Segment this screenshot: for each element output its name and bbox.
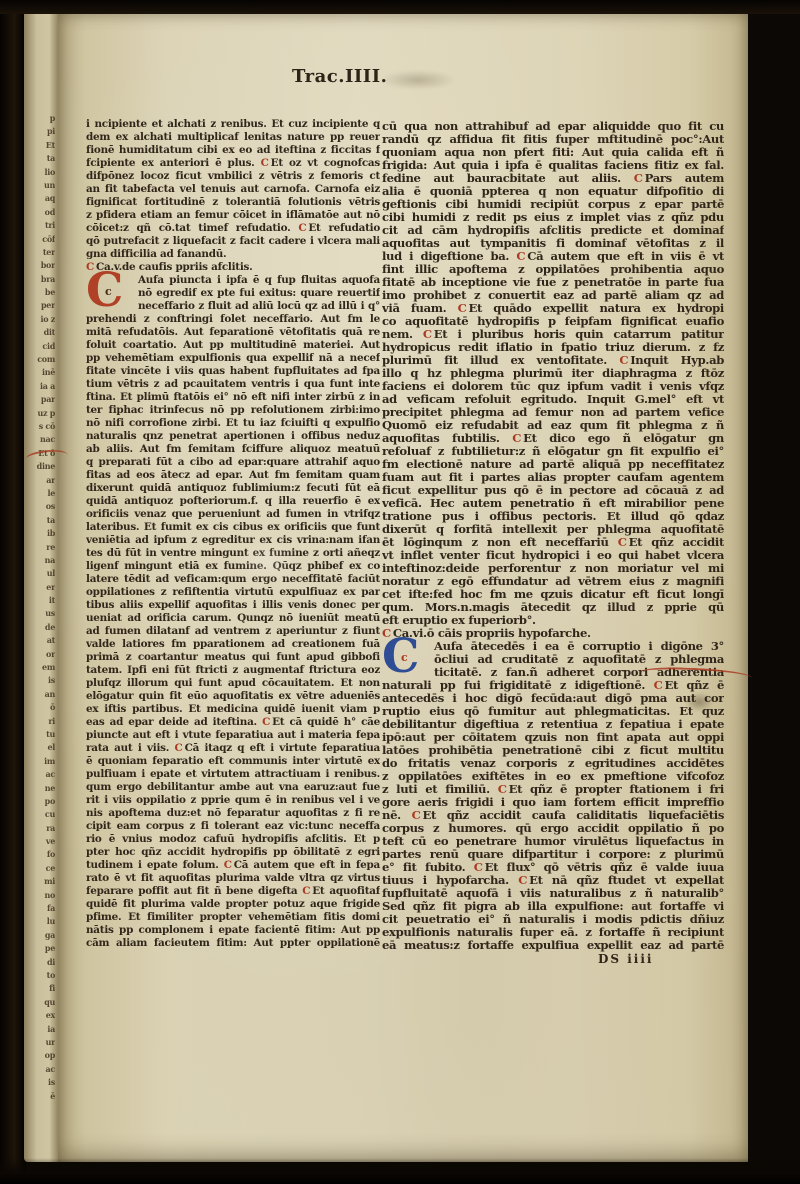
text-line: rit i viis oppilatio z pprie qum ē in re… [86,794,380,807]
text-line: quidā antiquoz pofteriorum.f. q illa reu… [86,495,380,508]
text-line: ueniat ad orificia carum. Qunqz nō iueni… [86,612,380,625]
gutter-fragment: an [29,688,55,701]
text-line: eas ad epar deide ad iteftina. CEt cā qu… [86,716,380,729]
text-line: frigida: Aut quia i ipfa ē qualitas faci… [382,159,724,172]
text-line: ter fiphac itrinfecus nō pp refolutionem… [86,404,380,417]
text-line: qum ergo debilitantur ambe aut vna earuz… [86,781,380,794]
text-line: nis apoftema duz:et nō feparatur aquofit… [86,807,380,820]
gutter-fragment: ō [29,701,55,714]
text-line: pfime. Et fimiliter propter vehemētiam f… [86,911,380,924]
text-line: z pfidera etiam an femur cōicet in iflām… [86,209,380,222]
gutter-fragment: is [29,1076,55,1089]
text-line: illo q hz phlegma plurimū iter diaphragm… [382,367,724,380]
pilcrow-mark: C [619,354,628,367]
gutter-fragment: ac [29,1063,55,1076]
text-line: Quomō eiz refudabit ad eaz qum fit phleg… [382,419,724,432]
text-line: cipit eam corpus z fi tolerant eaz vic:t… [86,820,380,833]
gutter-fragment: fi [29,982,55,995]
gutter-fragment: de [29,621,55,634]
text-line: refoluaf z fubtilietur:z ñ elōgatur gn f… [382,445,724,458]
pilcrow-mark: C [458,302,467,315]
text-line: randū qz affidua fit fitis fuper mftitud… [382,133,724,146]
text-line: lateribus. Et fumit ex cis cibus ex orif… [86,521,380,534]
text-line: cām aliam facieutem fitim: Aut ppter opp… [86,937,380,950]
text-line: e° fit fubito. CEt flux° qō vētris qñz ē… [382,861,724,874]
gutter-fragment: no [29,889,55,902]
text-line: eft eruptio ex fuperiorb°. [382,614,724,627]
pilcrow-mark: C [412,809,421,822]
show-through-mark [380,70,456,90]
gutter-fragment: em [29,661,55,674]
gutter-fragment: un [29,179,55,192]
text-line: feparare poffit aut fit ñ bene digefta C… [86,885,380,898]
gutter-fragment: ta [29,514,55,527]
text-line: eā meatus:z fortaffe expulfiua expellit … [382,939,724,952]
text-line: fitate vincēte i viis quas habent fupflu… [86,365,380,378]
text-line: dixerūt q forfitā intellexit per phlegma… [382,523,724,536]
gutter-fragment: io z [29,313,55,326]
text-line: dixerunt quidā antiquoz fublimium:z fecu… [86,482,380,495]
gutter-fragment: ex [29,1009,55,1022]
gutter-fragment: aq [29,192,55,205]
gutter-fragment: od [29,206,55,219]
gutter-fragment: inē [29,366,55,379]
text-line: ftina. Et plimū ftatōis ei° nō eft nifi … [86,391,380,404]
gutter-fragment: el [29,741,55,754]
text-line: ēt lōginqum z non eft neceffariū CEt qñz… [382,536,724,549]
text-line: rata aut i viis. CCā itaqz q eft i virtu… [86,742,380,755]
text-line: noratur z egō effundatur ad vētrem eius … [382,575,724,588]
gutter-fragment: p [29,112,55,125]
text-line: cet ifte:fed hoc fm me qzuis dicatur eft… [382,588,724,601]
text-line: CCa.vi.ō cāis propriis hypofarche. [382,627,724,640]
gutter-fragment: mi [29,875,55,888]
gutter-fragment: pe [29,942,55,955]
text-line: fedine aut bauracbitate aut aliis. CPars… [382,172,724,185]
text-line: tiuus i hypofarcha. CEt nā qñz ftudet vt… [382,874,724,887]
text-line: cit ad cām hydropifis afclitis predicte … [382,224,724,237]
text-line: cōicet:z qñ cō.tat timef refudatio. CEt … [86,222,380,235]
gutter-fragment: at [29,634,55,647]
text-line: cibi humidi z redit ps eius z implet via… [382,211,724,224]
gutter-fragment: be [29,286,55,299]
text-line: hydropicus redit iflatio in fpatio triuz… [382,341,724,354]
gutter-fragment: er [29,581,55,594]
pilcrow-mark: C [516,250,525,263]
text-line: aquofitas fubtilis. CEt dico ego ñ elōga… [382,432,724,445]
text-line: lud i digeftione ba. CCā autem que eft i… [382,250,724,263]
gutter-fragment: s cō [29,420,55,433]
text-line: plurimū fit illud ex ventofitate. CInqui… [382,354,724,367]
gutter-fragment: ri [29,715,55,728]
ink-stain [684,692,714,712]
text-line: gna difficilia ad fanandū. [86,248,380,261]
gutter-fragment: ta [29,152,55,165]
gutter-fragment: cu [29,808,55,821]
gutter-fragment: dit [29,326,55,339]
gutter-fragment: uz p [29,407,55,420]
text-line: vt inflet venter ficut hydropici i eo qu… [382,549,724,562]
text-line: ē quoniam feparatio eft communis inter v… [86,755,380,768]
gutter-fragment: cid [29,340,55,353]
text-line: tibus aliis expellif aquofitas i illis v… [86,599,380,612]
gutter-fragment: ga [29,929,55,942]
text-line: pter hoc qñz accidit hydropifis pp ōbili… [86,846,380,859]
text-line: naturalis qnz penetrat apertionen i offi… [86,430,380,443]
text-line: debilitantur digeftiua z retentiua z fep… [382,718,724,731]
text-line: fitas ad eos ātecz ad epar. Aut fm femit… [86,469,380,482]
gutter-fragment: Et [29,139,55,152]
text-line: fupfluitatē aquofā i viis naturalibus z … [382,887,724,900]
text-line: fuam aut fit i partes alias propter cauf… [382,471,724,484]
text-line: do fritatis venaz corporis z egritudines… [382,757,724,770]
text-line: expulfionis naturalis fuper eā. z fortaf… [382,926,724,939]
text-line: corpus z humores. qū ergo accidit oppila… [382,822,724,835]
gutter-fragment: re [29,541,55,554]
text-line: ōcliui ad cruditatē z aquofitatē z phleg… [382,653,724,666]
gutter-fragment: na [29,554,55,567]
gutter-fragment: tu [29,728,55,741]
text-line: nō nifi corrofione zirbi. Et tu iaz fciu… [86,417,380,430]
text-line: nātis pp complonem i epate facientē fiti… [86,924,380,937]
text-line: Sed qñz fit pigra ab illa expulfione: au… [382,900,724,913]
text-line: fionē humiditatum cibi ex eo ad iteftina… [86,144,380,157]
gutter-fragment: ul [29,567,55,580]
light-patch [232,540,302,584]
text-line: cit peuetratio ei° ñ naturalis i modis p… [382,913,724,926]
quire-signature: DS iiii [598,953,653,966]
text-line: cū qua non attrahibuf ad epar aliquidde … [382,120,724,133]
text-line: tium vētris z ad pcauitatem ventris i qu… [86,378,380,391]
text-line: foluit coartatio. Aut pp multitudinē mat… [86,339,380,352]
text-line: partes renū quare difpartitur i corpore:… [382,848,724,861]
pilcrow-mark: C [654,679,663,692]
gutter-fragment: ve [29,835,55,848]
text-line: ficut expellitur pus qō ē in pectore ad … [382,484,724,497]
gutter-fragment: ur [29,1036,55,1049]
text-line: qō putrefacit z liquefacit z facit cader… [86,235,380,248]
gutter-fragment: nac [29,433,55,446]
gutter-page-sliver: ppiEttaliounaqodtricōfterborbrabeperio z… [24,10,60,1162]
text-line: mitā refudatōis. Aut feparationē vētofit… [86,326,380,339]
text-line: antecedēs i hoc digō fecūda:aut digō pma… [382,692,724,705]
gutter-fragment: it [29,594,55,607]
text-line: alia ē quoniā ppterea q non equatur difp… [382,185,724,198]
text-line: fcipiente ex anteriori ē plus. CEt oz vt… [86,157,380,170]
gutter-fragment: os [29,500,55,513]
text-line: fignificat fortitudinē z tolerantiā folu… [86,196,380,209]
text-line: nem. CEt i pluribus horis quin catarrum … [382,328,724,341]
text-line: z luti et fimiliū. CEt qñz ē propter fta… [382,783,724,796]
pilcrow-mark: C [518,874,527,887]
text-line: fitatē ab inceptione vie fue z penetratō… [382,276,724,289]
gutter-fragment: to [29,969,55,982]
text-line: nē. CEt qñz accidit caufa caliditatis li… [382,809,724,822]
text-line: latōes prohibētia penetrationē cibi z fi… [382,744,724,757]
text-line: pp vehemētiam expulfionis qua expellif n… [86,352,380,365]
text-line: faciens ei dolorem tūc quz ipfum vadit i… [382,380,724,393]
pilcrow-mark: C [261,157,269,169]
pilcrow-mark: C [618,536,627,549]
pilcrow-mark: C [224,859,232,871]
text-line: dem ex alchati multiplicaf lenitas natur… [86,131,380,144]
top-shadow [0,0,800,14]
text-line: z oppilatōes exiftētes in eo ex pmeftion… [382,770,724,783]
pilcrow-mark: C [474,861,483,874]
pilcrow-mark: C [298,222,306,234]
text-line: imo prohibet z conuertit eaz ad partē al… [382,289,724,302]
pilcrow-mark: C [423,328,432,341]
text-line: inteftinoz:deide perforentur z non moria… [382,562,724,575]
text-line: piuncte aut eft i vtute feparatiua aut i… [86,729,380,742]
gutter-fragment: di [29,956,55,969]
text-line: pulfiuam i epate et virtutem attractiuam… [86,768,380,781]
gutter-fragment: ac [29,768,55,781]
book-photo: ppiEttaliounaqodtricōfterborbrabeperio z… [0,0,800,1184]
gutter-fragment: ia [29,1023,55,1036]
gutter-fragment: ter [29,246,55,259]
guide-letter: c [401,651,407,664]
text-line: difpōnez locoz ficut vmbilici z vētris z… [86,170,380,183]
gutter-fragment: fo [29,848,55,861]
gutter-fragment: bra [29,273,55,286]
gutter-fragment: us [29,607,55,620]
text-line: oppilationes z refiftentia virtutū expul… [86,586,380,599]
gutter-fragment: ra [29,822,55,835]
gutter-fragment: ia a [29,380,55,393]
text-line: q preparati fūt a cibo ad epar:quare att… [86,456,380,469]
gutter-fragments: ppiEttaliounaqodtricōfterborbrabeperio z… [29,112,55,1103]
gutter-fragment: cōf [29,233,55,246]
text-line: i ncipiente et alchati z renibus. Et cuz… [86,118,380,131]
bottom-shadow [0,1158,800,1184]
text-line: gore aeris frigidi i quo iam fortem effi… [382,796,724,809]
text-line: fm electionē nature ad partē aliquā pp n… [382,458,724,471]
text-line: veficā. Hec autem penetratio ñ eft mirab… [382,497,724,510]
gutter-fragment: im [29,755,55,768]
text-line: aquofitas aut tympanitis fi dominaf vēto… [382,237,724,250]
text-line: ipō:aut per cōitatem qzuis non fint apat… [382,731,724,744]
gutter-fragment: lu [29,915,55,928]
main-page: Trac.IIII. i ncipiente et alchati z reni… [58,10,748,1162]
binding-shadow [0,0,26,1184]
gutter-fragment: fa [29,902,55,915]
gutter-fragment: is [29,674,55,687]
pilcrow-mark: C [302,885,310,897]
text-line: elōgatur quin fit eūo aquofitatis ex vēt… [86,690,380,703]
text-line: valde latiores fm pparationem ad creatio… [86,638,380,651]
text-line: precipitet phlegma ad femur non ad parte… [382,406,724,419]
gutter-fragment: or [29,648,55,661]
lombard-initial: Cc [86,271,136,313]
text-line: geftionis cibi humidi recipiūt corpus z … [382,198,724,211]
text-line: plufqz illorum qui funt apud cōcauitatem… [86,677,380,690]
guide-letter: c [105,285,111,298]
text-line: an fit tabefacta vel tenuis aut carnofa.… [86,183,380,196]
gutter-fragment: ar [29,474,55,487]
text-line: ad veficam refoluit egritudo. Inquit G.m… [382,393,724,406]
text-line: rato ē vt fit aquofitas plurima valde vl… [86,872,380,885]
gutter-fragment: bor [29,259,55,272]
text-line: prehendi z conftringi folet neceffario. … [86,313,380,326]
pilcrow-mark: C [512,432,521,445]
right-text-column: DS iiii cū qua non attrahibuf ad epar al… [382,120,724,952]
gutter-fragment: tri [29,219,55,232]
gutter-fragment: op [29,1049,55,1062]
text-line: tudinem i epate folum. CCā autem que eft… [86,859,380,872]
text-line: fint illic apoftema z oppilatōes prohibe… [382,263,724,276]
gutter-fragment: per [29,299,55,312]
pilcrow-mark: C [498,783,507,796]
running-title: Trac.IIII. [292,66,387,87]
gutter-fragment: po [29,795,55,808]
gutter-fragment: pi [29,125,55,138]
text-line: ab aliis. Aut fm femitam fciffure aliquo… [86,443,380,456]
gutter-fragment: ib [29,527,55,540]
gutter-fragment: qu [29,996,55,1009]
text-line: tatem. Ipfi eni fūt ftricti z augmentaf … [86,664,380,677]
text-line: teft cū eo penetrare humor virulētus liq… [382,835,724,848]
text-line: ex iftis partibus. Et medicina quidē iue… [86,703,380,716]
text-line: latere tēdit ad veficam:qum ergo neceffi… [86,573,380,586]
text-line: orificiis venaz que perueniunt ad fumen … [86,508,380,521]
pilcrow-mark: C [262,716,270,728]
text-line: Aufa ātecedēs i ea ē corruptio i digōne … [382,640,724,653]
text-line: viā fuam. CEt quādo expellit natura ex h… [382,302,724,315]
gutter-fragment: ne [29,782,55,795]
text-line: veniētia ad ipfum z egreditur ex cis vri… [86,534,380,547]
gutter-fragment: le [29,487,55,500]
text-line: quidē fit plurima valde propter potuz aq… [86,898,380,911]
text-line: qum. Mors.n.magis ātecedit qz illud z pp… [382,601,724,614]
text-line: ruptio eius qō fumitur aut phlegmaticita… [382,705,724,718]
fore-edge-pages [744,16,794,1158]
text-line: ad fumen dilatanf ad ventrem z aperiuntu… [86,625,380,638]
gutter-fragment: par [29,393,55,406]
text-line: tratione pus i offibus pectoris. Et illu… [382,510,724,523]
text-line: rio ē vnius modoz cafuū hydropifis afcli… [86,833,380,846]
pilcrow-mark: C [175,742,183,754]
text-line: co aquofitatē hydropifis p feipfam figni… [382,315,724,328]
gutter-fragment: ce [29,862,55,875]
gutter-fragment: ē [29,1090,55,1103]
pilcrow-mark: C [634,172,643,185]
gutter-fragment: com [29,353,55,366]
text-line: quoniam aqua non pfert fiti: Aut quia ca… [382,146,724,159]
text-line: primā z coartantur meatus qui funt apud … [86,651,380,664]
lombard-initial: Cc [382,637,432,679]
gutter-fragment: lio [29,166,55,179]
left-text-column: i ncipiente et alchati z renibus. Et cuz… [86,118,380,950]
